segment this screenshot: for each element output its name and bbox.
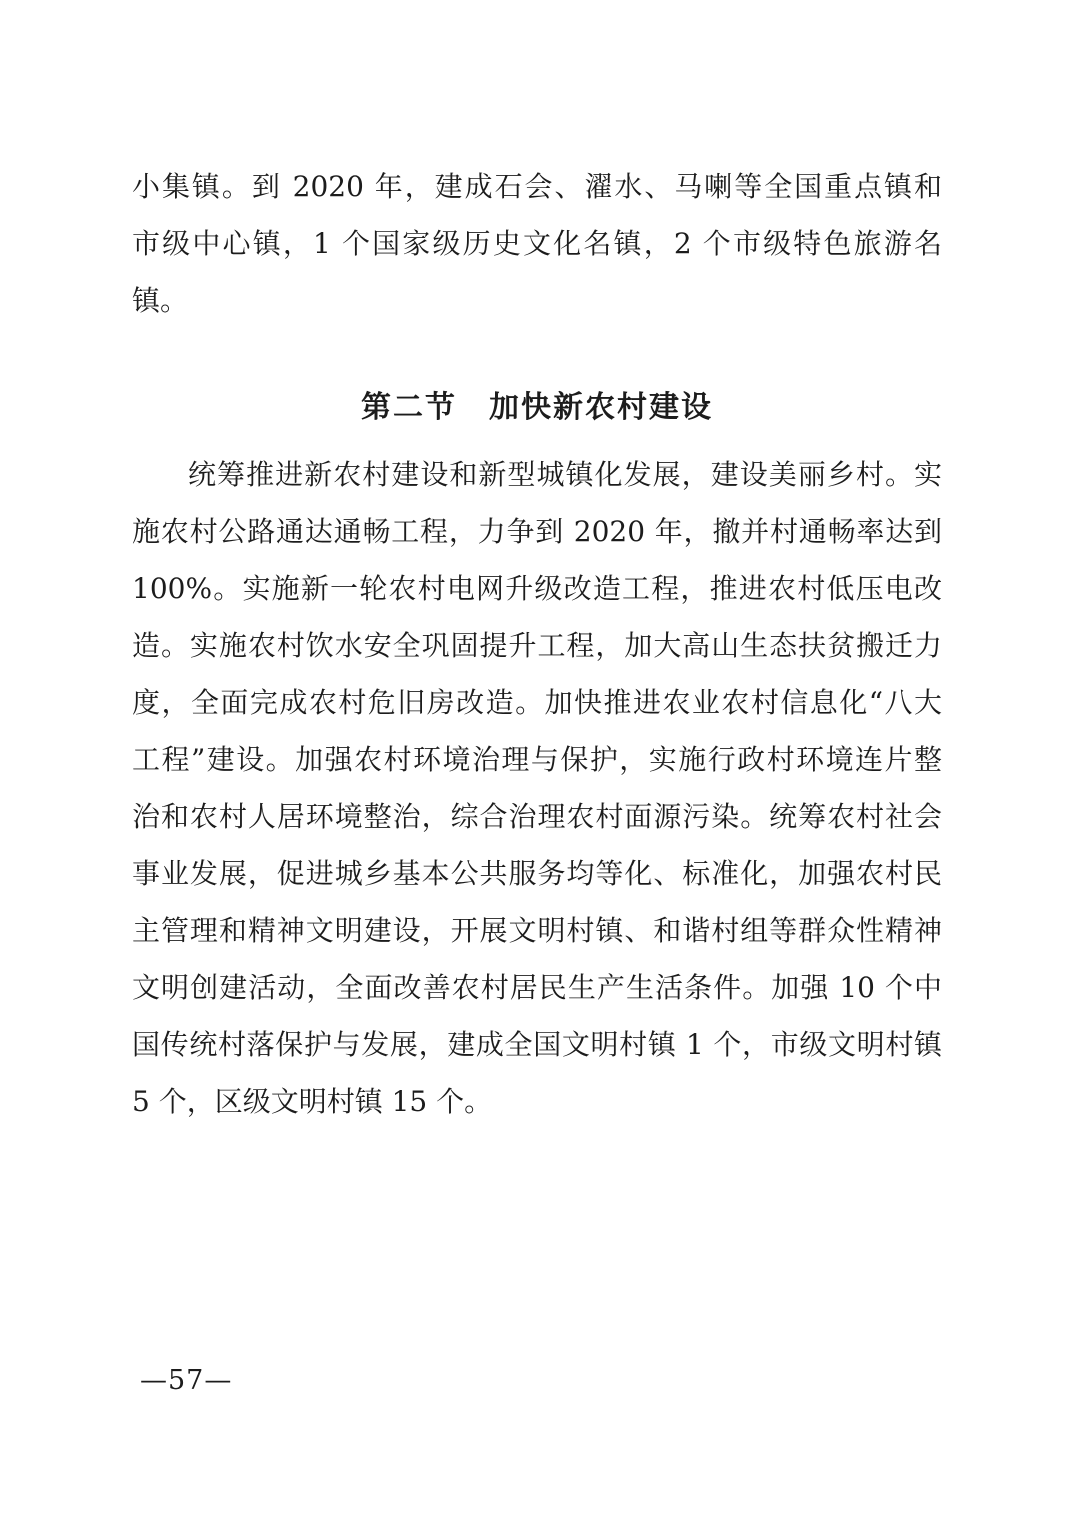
text-line: 事业发展，促进城乡基本公共服务均等化、标准化，加强农村民	[132, 845, 942, 902]
paragraph-body: 统筹推进新农村建设和新型城镇化发展，建设美丽乡村。实 施农村公路通达通畅工程，力…	[132, 446, 942, 1130]
text-line: 5 个，区级文明村镇 15 个。	[132, 1073, 942, 1130]
paragraph-continuation: 小集镇。到 2020 年，建成石会、濯水、马喇等全国重点镇和 市级中心镇，1 个…	[132, 158, 942, 329]
text-line: 100%。实施新一轮农村电网升级改造工程，推进农村低压电改	[132, 560, 942, 617]
text-line: 施农村公路通达通畅工程，力争到 2020 年，撤并村通畅率达到	[132, 503, 942, 560]
text-line: 度，全面完成农村危旧房改造。加快推进农业农村信息化“八大	[132, 674, 942, 731]
text-line: 市级中心镇，1 个国家级历史文化名镇，2 个市级特色旅游名	[132, 215, 942, 272]
text-line: 治和农村人居环境整治，综合治理农村面源污染。统筹农村社会	[132, 788, 942, 845]
page-body: 小集镇。到 2020 年，建成石会、濯水、马喇等全国重点镇和 市级中心镇，1 个…	[132, 158, 942, 1130]
text-line: 小集镇。到 2020 年，建成石会、濯水、马喇等全国重点镇和	[132, 158, 942, 215]
text-line: 国传统村落保护与发展，建成全国文明村镇 1 个，市级文明村镇	[132, 1016, 942, 1073]
text-line: 工程”建设。加强农村环境治理与保护，实施行政村环境连片整	[132, 731, 942, 788]
page-number: —57—	[140, 1366, 232, 1396]
document-page: 小集镇。到 2020 年，建成石会、濯水、马喇等全国重点镇和 市级中心镇，1 个…	[0, 0, 1074, 1520]
text-line: 文明创建活动，全面改善农村居民生产生活条件。加强 10 个中	[132, 959, 942, 1016]
text-line: 主管理和精神文明建设，开展文明村镇、和谐村组等群众性精神	[132, 902, 942, 959]
text-line: 统筹推进新农村建设和新型城镇化发展，建设美丽乡村。实	[132, 446, 942, 503]
text-line: 镇。	[132, 272, 942, 329]
text-line: 造。实施农村饮水安全巩固提升工程，加大高山生态扶贫搬迁力	[132, 617, 942, 674]
section-heading: 第二节 加快新农村建设	[132, 379, 942, 436]
